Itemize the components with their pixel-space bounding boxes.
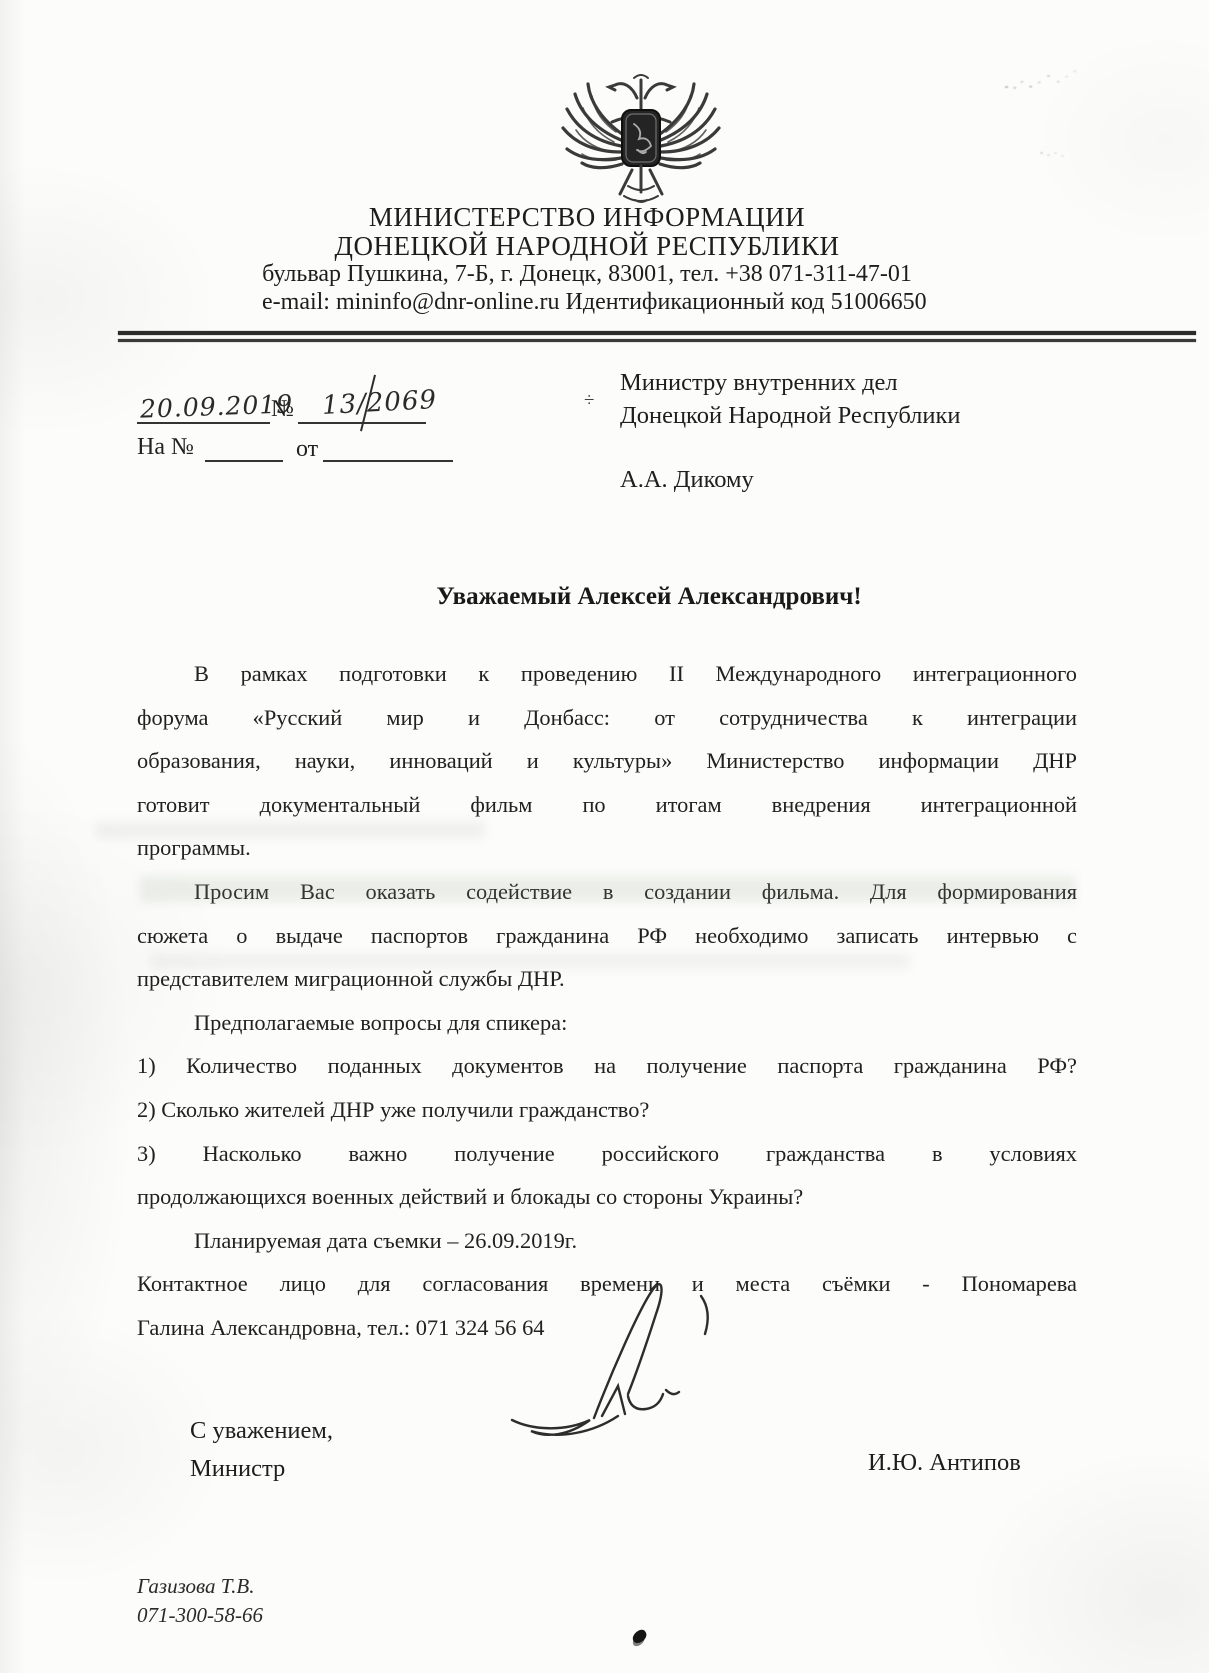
body-line: Просим Вас оказать содействие в создании… — [137, 870, 1077, 914]
body-line: готовит документальный фильм по итогам в… — [137, 783, 1077, 827]
org-email-id: e-mail: mininfo@dnr-online.ru Идентифика… — [262, 289, 912, 317]
number-sign-label: № — [271, 396, 294, 423]
reply-ot-label: от — [296, 436, 318, 463]
body-line: 1) Количество поданных документов на пол… — [137, 1044, 1077, 1088]
body-line: Планируемая дата съемки – 26.09.2019г. — [137, 1219, 1077, 1263]
body-line: программы. — [137, 826, 1077, 870]
executor-block: Газизова Т.В. 071-300-58-66 — [137, 1572, 263, 1630]
signature-icon — [498, 1268, 733, 1463]
executor-phone: 071-300-58-66 — [137, 1601, 263, 1630]
recipient-line2: Донецкой Народной Республики — [620, 399, 961, 432]
signatory-name: И.Ю. Антипов — [868, 1449, 1021, 1477]
body-line: 2) Сколько жителей ДНР уже получили граж… — [137, 1088, 1077, 1132]
scan-specks — [1040, 152, 1043, 154]
reply-number-underline — [205, 460, 283, 462]
scan-specks — [1005, 86, 1008, 88]
body-line: форума «Русский мир и Донбасс: от сотруд… — [137, 696, 1077, 740]
letter-body: В рамках подготовки к проведению II Межд… — [137, 652, 1077, 1350]
executor-name: Газизова Т.В. — [137, 1572, 263, 1601]
divider-line-top — [118, 331, 1196, 335]
org-name-line1: МИНИСТЕРСТВО ИНФОРМАЦИИ — [262, 203, 912, 232]
salutation: Уважаемый Алексей Александрович! — [137, 583, 1119, 611]
reply-date-underline — [323, 460, 453, 462]
signoff-title: Министр — [190, 1450, 333, 1488]
divider-line-bottom — [118, 339, 1196, 342]
signoff-regards: С уважением, — [190, 1412, 333, 1450]
reply-na-label: На № — [137, 434, 194, 461]
body-line: образования, науки, инноваций и культуры… — [137, 739, 1077, 783]
recipient-name: А.А. Дикому — [620, 463, 961, 496]
letterhead: МИНИСТЕРСТВО ИНФОРМАЦИИ ДОНЕЦКОЙ НАРОДНО… — [262, 203, 912, 316]
body-line: представителем миграционной службы ДНР. — [137, 957, 1077, 1001]
body-line: В рамках подготовки к проведению II Межд… — [137, 652, 1077, 696]
scanned-letter-page: МИНИСТЕРСТВО ИНФОРМАЦИИ ДОНЕЦКОЙ НАРОДНО… — [0, 0, 1209, 1673]
org-address: бульвар Пушкина, 7-Б, г. Донецк, 83001, … — [262, 261, 912, 289]
body-line: Предполагаемые вопросы для спикера: — [137, 1001, 1077, 1045]
date-underline — [137, 422, 270, 424]
header-divider — [118, 331, 1196, 342]
stray-scan-mark: ÷ — [584, 390, 594, 412]
ink-blot — [630, 1628, 649, 1645]
coat-of-arms-icon — [550, 62, 732, 210]
requisites-block: 20.09.2019 № 13/2069 На № от — [137, 386, 597, 476]
body-line: 3) Насколько важно получение российского… — [137, 1132, 1077, 1176]
handwritten-number: 13/2069 — [321, 385, 437, 421]
body-line: продолжающихся военных действий и блокад… — [137, 1175, 1077, 1219]
body-line: сюжета о выдаче паспортов гражданина РФ … — [137, 914, 1077, 958]
recipient-block: Министру внутренних дел Донецкой Народно… — [620, 366, 961, 496]
signoff-block: С уважением, Министр — [190, 1412, 333, 1488]
org-name-line2: ДОНЕЦКОЙ НАРОДНОЙ РЕСПУБЛИКИ — [262, 232, 912, 261]
recipient-line1: Министру внутренних дел — [620, 366, 961, 399]
